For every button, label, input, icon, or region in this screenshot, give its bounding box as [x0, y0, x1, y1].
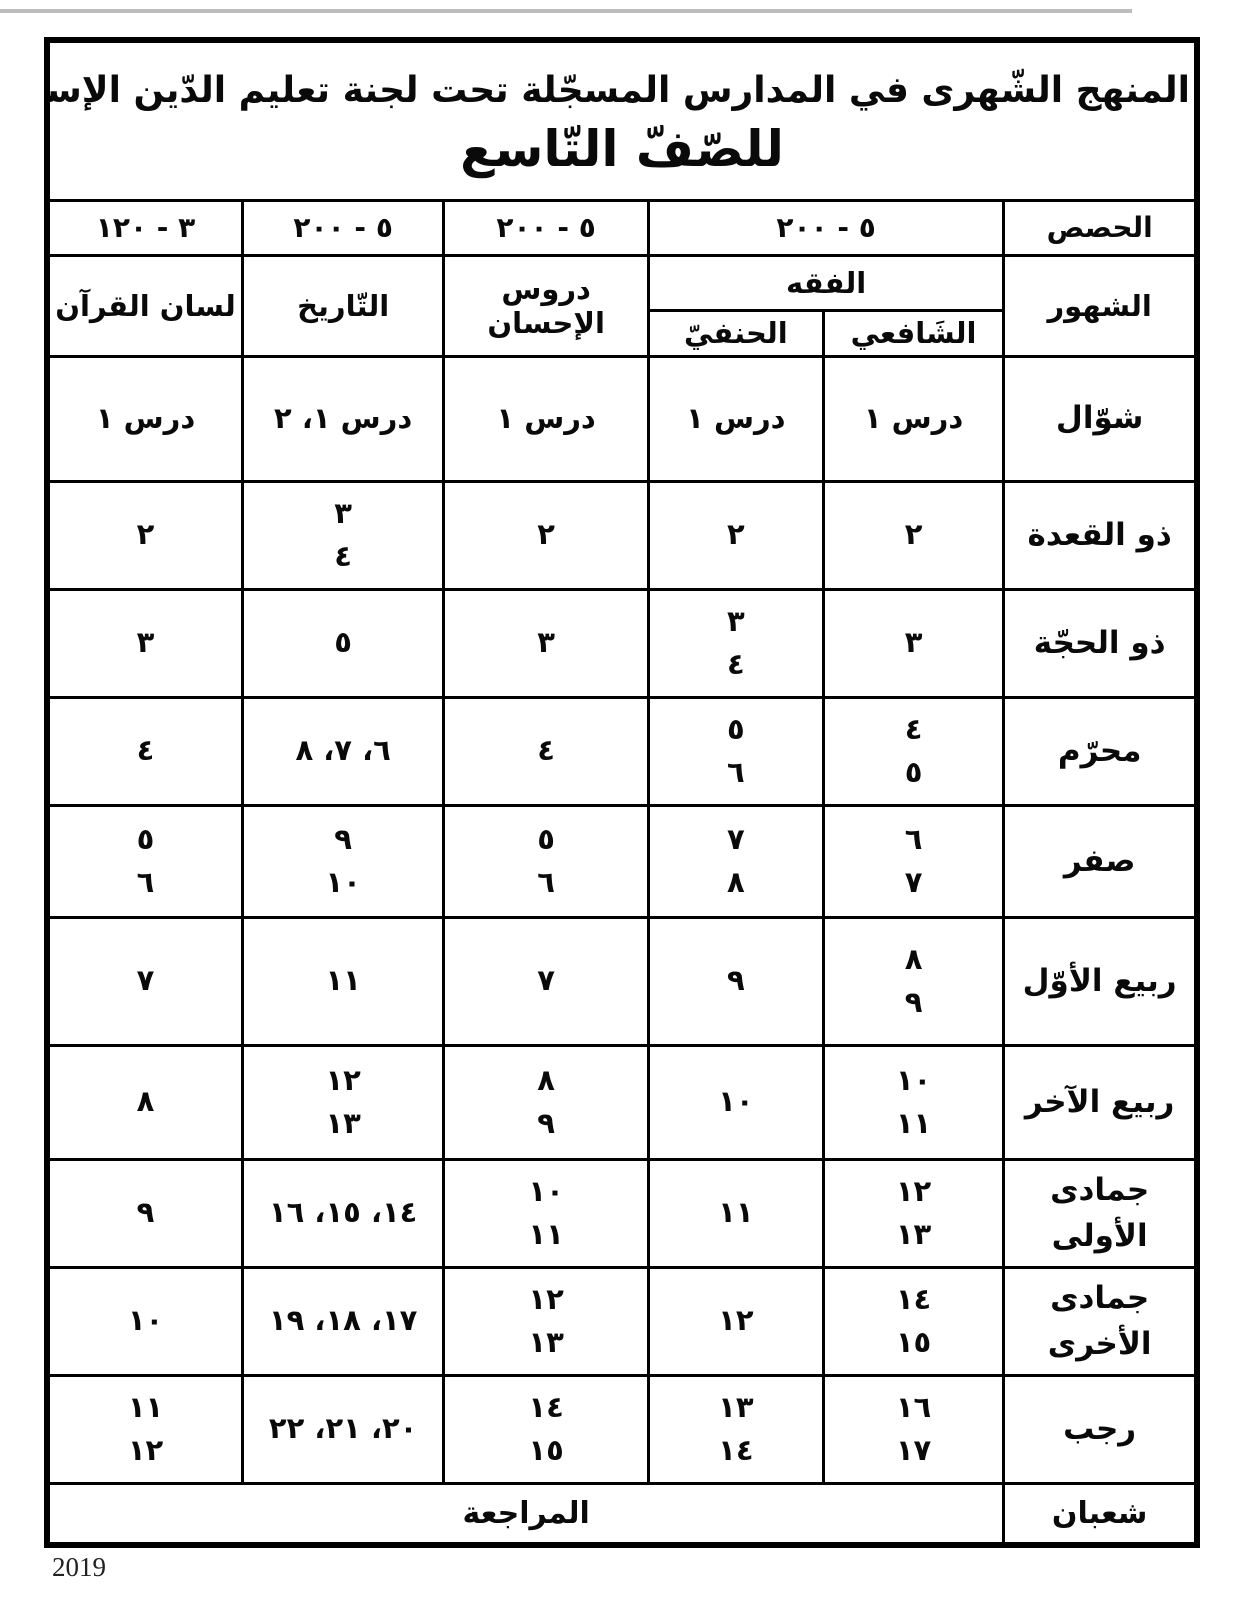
hanafi-cell: ٥٦	[648, 697, 823, 805]
month-cell: جمادى الأولى	[1004, 1159, 1197, 1267]
month-row: رجب١٦١٧١٣١٤١٤١٥٢٠، ٢١، ٢٢١١١٢	[47, 1375, 1197, 1483]
lisan-cell: درس ١	[47, 356, 243, 481]
scan-artifact-line	[0, 9, 1132, 13]
lesson-number: درس ١	[829, 397, 999, 441]
lesson-number: ٦	[449, 861, 643, 905]
lesson-number: ٤	[829, 708, 999, 752]
month-cell: ربيع الآخر	[1004, 1045, 1197, 1159]
lisan-cell: ٩	[47, 1159, 243, 1267]
months-tbody: شوّالدرس ١درس ١درس ١درس ١، ٢درس ١ذو القع…	[47, 356, 1197, 1483]
months-label: الشهور	[1004, 255, 1197, 356]
month-cell: جمادى الأخرى	[1004, 1267, 1197, 1375]
hanafi-cell: ١٢	[648, 1267, 823, 1375]
lesson-number: ٢	[449, 513, 643, 557]
lesson-number: ٧	[829, 861, 999, 905]
shafi-cell: ٤٥	[823, 697, 1004, 805]
lesson-number: ٦	[54, 861, 237, 905]
subject-lisan: لسان القرآن	[47, 255, 243, 356]
month-row: شوّالدرس ١درس ١درس ١درس ١، ٢درس ١	[47, 356, 1197, 481]
ihsan-cell: ٤	[444, 697, 649, 805]
ihsan-cell: ٥٦	[444, 805, 649, 917]
page-title: المنهج الشّهرى في المدارس المسجّلة تحت ل…	[47, 40, 1197, 200]
month-row: جمادى الأولى١٢١٣١١١٠١١١٤، ١٥، ١٦٩	[47, 1159, 1197, 1267]
lesson-number: ١٠	[54, 1299, 237, 1343]
hanafi-cell: ٢	[648, 481, 823, 589]
lisan-cell: ٣	[47, 589, 243, 697]
lesson-number: ٣	[449, 621, 643, 665]
month-row: صفر٦٧٧٨٥٦٩١٠٥٦	[47, 805, 1197, 917]
lesson-number: ٥	[829, 751, 999, 795]
periods-lisan: ٣ - ١٢٠	[47, 200, 243, 255]
lesson-number: ١٢	[654, 1299, 818, 1343]
month-row: جمادى الأخرى١٤١٥١٢١٢١٣١٧، ١٨، ١٩١٠	[47, 1267, 1197, 1375]
title-row: المنهج الشّهرى في المدارس المسجّلة تحت ل…	[47, 40, 1197, 200]
lesson-number: ٥	[54, 818, 237, 862]
lesson-number: ١٢	[829, 1170, 999, 1214]
lesson-number: ١٤	[654, 1429, 818, 1473]
ihsan-cell: ٣	[444, 589, 649, 697]
lesson-number: ٩	[829, 981, 999, 1025]
hanafi-cell: ٣٤	[648, 589, 823, 697]
lesson-number: ١٢	[248, 1059, 438, 1103]
hanafi-cell: ٩	[648, 917, 823, 1045]
lesson-number: ٨	[54, 1080, 237, 1124]
periods-ihsan: ٥ - ٢٠٠	[444, 200, 649, 255]
lesson-number: ٩	[449, 1102, 643, 1146]
month-label-shaban: شعبان	[1004, 1483, 1197, 1545]
lisan-cell: ٧	[47, 917, 243, 1045]
lesson-number: ٢	[654, 513, 818, 557]
lesson-number: ١٣	[829, 1213, 999, 1257]
lisan-cell: ٨	[47, 1045, 243, 1159]
lesson-number: ٥	[449, 818, 643, 862]
lesson-number: ٤	[449, 729, 643, 773]
lisan-cell: ١١١٢	[47, 1375, 243, 1483]
lesson-number: ٥	[654, 708, 818, 752]
hanafi-cell: ١١	[648, 1159, 823, 1267]
lesson-number: ٢	[829, 513, 999, 557]
lesson-number: ٨	[449, 1059, 643, 1103]
periods-row: الحصص ٥ - ٢٠٠ ٥ - ٢٠٠ ٥ - ٢٠٠ ٣ - ١٢٠	[47, 200, 1197, 255]
periods-fiqh: ٥ - ٢٠٠	[648, 200, 1003, 255]
lesson-number: ٢	[54, 513, 237, 557]
lesson-number: ٧	[654, 818, 818, 862]
shafi-cell: ١٢١٣	[823, 1159, 1004, 1267]
lesson-number: ٩	[248, 818, 438, 862]
ihsan-cell: ٢	[444, 481, 649, 589]
tarikh-cell: درس ١، ٢	[243, 356, 444, 481]
lisan-cell: ٥٦	[47, 805, 243, 917]
lesson-number: ١٣	[248, 1102, 438, 1146]
shafi-cell: ١٦١٧	[823, 1375, 1004, 1483]
lesson-number: ١٥	[829, 1321, 999, 1365]
lesson-number: ١١	[449, 1213, 643, 1257]
lesson-number: ١١	[654, 1191, 818, 1235]
lesson-number: ٧	[449, 959, 643, 1003]
lesson-number: ١٤	[449, 1386, 643, 1430]
month-cell: رجب	[1004, 1375, 1197, 1483]
hanafi-cell: ١٠	[648, 1045, 823, 1159]
lisan-cell: ٤	[47, 697, 243, 805]
hanafi-cell: ١٣١٤	[648, 1375, 823, 1483]
month-row: ذو الحجّة٣٣٤٣٥٣	[47, 589, 1197, 697]
lesson-number: ١٢	[449, 1278, 643, 1322]
shafi-cell: درس ١	[823, 356, 1004, 481]
month-cell: ربيع الأوّل	[1004, 917, 1197, 1045]
review-row: شعبان المراجعة	[47, 1483, 1197, 1545]
title-line-2: للصّفّ التّاسع	[54, 119, 1190, 179]
month-row: ذو القعدة٢٢٢٣٤٢	[47, 481, 1197, 589]
tarikh-cell: ١٤، ١٥، ١٦	[243, 1159, 444, 1267]
ihsan-cell: ١٠١١	[444, 1159, 649, 1267]
lesson-number: ١٠	[829, 1059, 999, 1103]
lesson-number: ٣	[829, 621, 999, 665]
tarikh-cell: ٥	[243, 589, 444, 697]
subject-hanafi: الحنفيّ	[648, 310, 823, 356]
tarikh-cell: ٣٤	[243, 481, 444, 589]
lesson-number: ١٥	[449, 1429, 643, 1473]
shafi-cell: ٦٧	[823, 805, 1004, 917]
tarikh-cell: ١١	[243, 917, 444, 1045]
ihsan-cell: ٨٩	[444, 1045, 649, 1159]
lesson-number: درس ١، ٢	[248, 397, 438, 441]
tarikh-cell: ٢٠، ٢١، ٢٢	[243, 1375, 444, 1483]
lesson-number: ١٢	[54, 1429, 237, 1473]
lesson-number: ١٧، ١٨، ١٩	[248, 1299, 438, 1343]
tarikh-cell: ١٢١٣	[243, 1045, 444, 1159]
month-cell: ذو الحجّة	[1004, 589, 1197, 697]
lesson-number: ٤	[54, 729, 237, 773]
month-row: محرّم٤٥٥٦٤٦، ٧، ٨٤	[47, 697, 1197, 805]
ihsan-cell: ١٤١٥	[444, 1375, 649, 1483]
lesson-number: ٢٠، ٢١، ٢٢	[248, 1407, 438, 1451]
lesson-number: ١٠	[654, 1080, 818, 1124]
lesson-number: ٨	[654, 861, 818, 905]
lesson-number: ٩	[654, 959, 818, 1003]
subjects-header-row: الشهور الفقه دروس الإحسان التّاريخ لسان …	[47, 255, 1197, 310]
lesson-number: ١٧	[829, 1429, 999, 1473]
lisan-cell: ١٠	[47, 1267, 243, 1375]
month-cell: محرّم	[1004, 697, 1197, 805]
subject-ihsan: دروس الإحسان	[444, 255, 649, 356]
month-cell: شوّال	[1004, 356, 1197, 481]
month-cell: صفر	[1004, 805, 1197, 917]
lesson-number: ١١	[54, 1386, 237, 1430]
shafi-cell: ١٤١٥	[823, 1267, 1004, 1375]
hanafi-cell: ٧٨	[648, 805, 823, 917]
ihsan-cell: درس ١	[444, 356, 649, 481]
shafi-cell: ٨٩	[823, 917, 1004, 1045]
lesson-number: ٥	[248, 621, 438, 665]
lesson-number: ٦، ٧، ٨	[248, 729, 438, 773]
hanafi-cell: درس ١	[648, 356, 823, 481]
subject-tarikh: التّاريخ	[243, 255, 444, 356]
lesson-number: درس ١	[54, 397, 237, 441]
lesson-number: ١٣	[449, 1321, 643, 1365]
lesson-number: ١١	[829, 1102, 999, 1146]
year-label: 2019	[52, 1552, 106, 1583]
tarikh-cell: ٦، ٧، ٨	[243, 697, 444, 805]
lesson-number: ١٠	[449, 1170, 643, 1214]
month-row: ربيع الأوّل٨٩٩٧١١٧	[47, 917, 1197, 1045]
ihsan-cell: ٧	[444, 917, 649, 1045]
month-row: ربيع الآخر١٠١١١٠٨٩١٢١٣٨	[47, 1045, 1197, 1159]
review-cell: المراجعة	[47, 1483, 1004, 1545]
periods-label: الحصص	[1004, 200, 1197, 255]
tarikh-cell: ٩١٠	[243, 805, 444, 917]
shafi-cell: ١٠١١	[823, 1045, 1004, 1159]
curriculum-table: المنهج الشّهرى في المدارس المسجّلة تحت ل…	[44, 37, 1200, 1548]
subject-shafi: الشَافعي	[823, 310, 1004, 356]
lesson-number: ١٤، ١٥، ١٦	[248, 1191, 438, 1235]
ihsan-cell: ١٢١٣	[444, 1267, 649, 1375]
lesson-number: ٣	[54, 621, 237, 665]
lesson-number: ٤	[248, 535, 438, 579]
lesson-number: ١٤	[829, 1278, 999, 1322]
lesson-number: ١٠	[248, 861, 438, 905]
title-line-1: المنهج الشّهرى في المدارس المسجّلة تحت ل…	[54, 63, 1190, 119]
lisan-cell: ٢	[47, 481, 243, 589]
lesson-number: ٦	[654, 751, 818, 795]
lesson-number: ١١	[248, 959, 438, 1003]
lesson-number: ١٦	[829, 1386, 999, 1430]
lesson-number: ٣	[654, 600, 818, 644]
lesson-number: ٨	[829, 938, 999, 982]
lesson-number: ٣	[248, 492, 438, 536]
lesson-number: درس ١	[654, 397, 818, 441]
periods-tarikh: ٥ - ٢٠٠	[243, 200, 444, 255]
lesson-number: ٦	[829, 818, 999, 862]
lesson-number: ٤	[654, 643, 818, 687]
tarikh-cell: ١٧، ١٨، ١٩	[243, 1267, 444, 1375]
lesson-number: ١٣	[654, 1386, 818, 1430]
shafi-cell: ٣	[823, 589, 1004, 697]
month-cell: ذو القعدة	[1004, 481, 1197, 589]
shafi-cell: ٢	[823, 481, 1004, 589]
lesson-number: ٩	[54, 1191, 237, 1235]
subject-fiqh: الفقه	[648, 255, 1003, 310]
lesson-number: ٧	[54, 959, 237, 1003]
lesson-number: درس ١	[449, 397, 643, 441]
